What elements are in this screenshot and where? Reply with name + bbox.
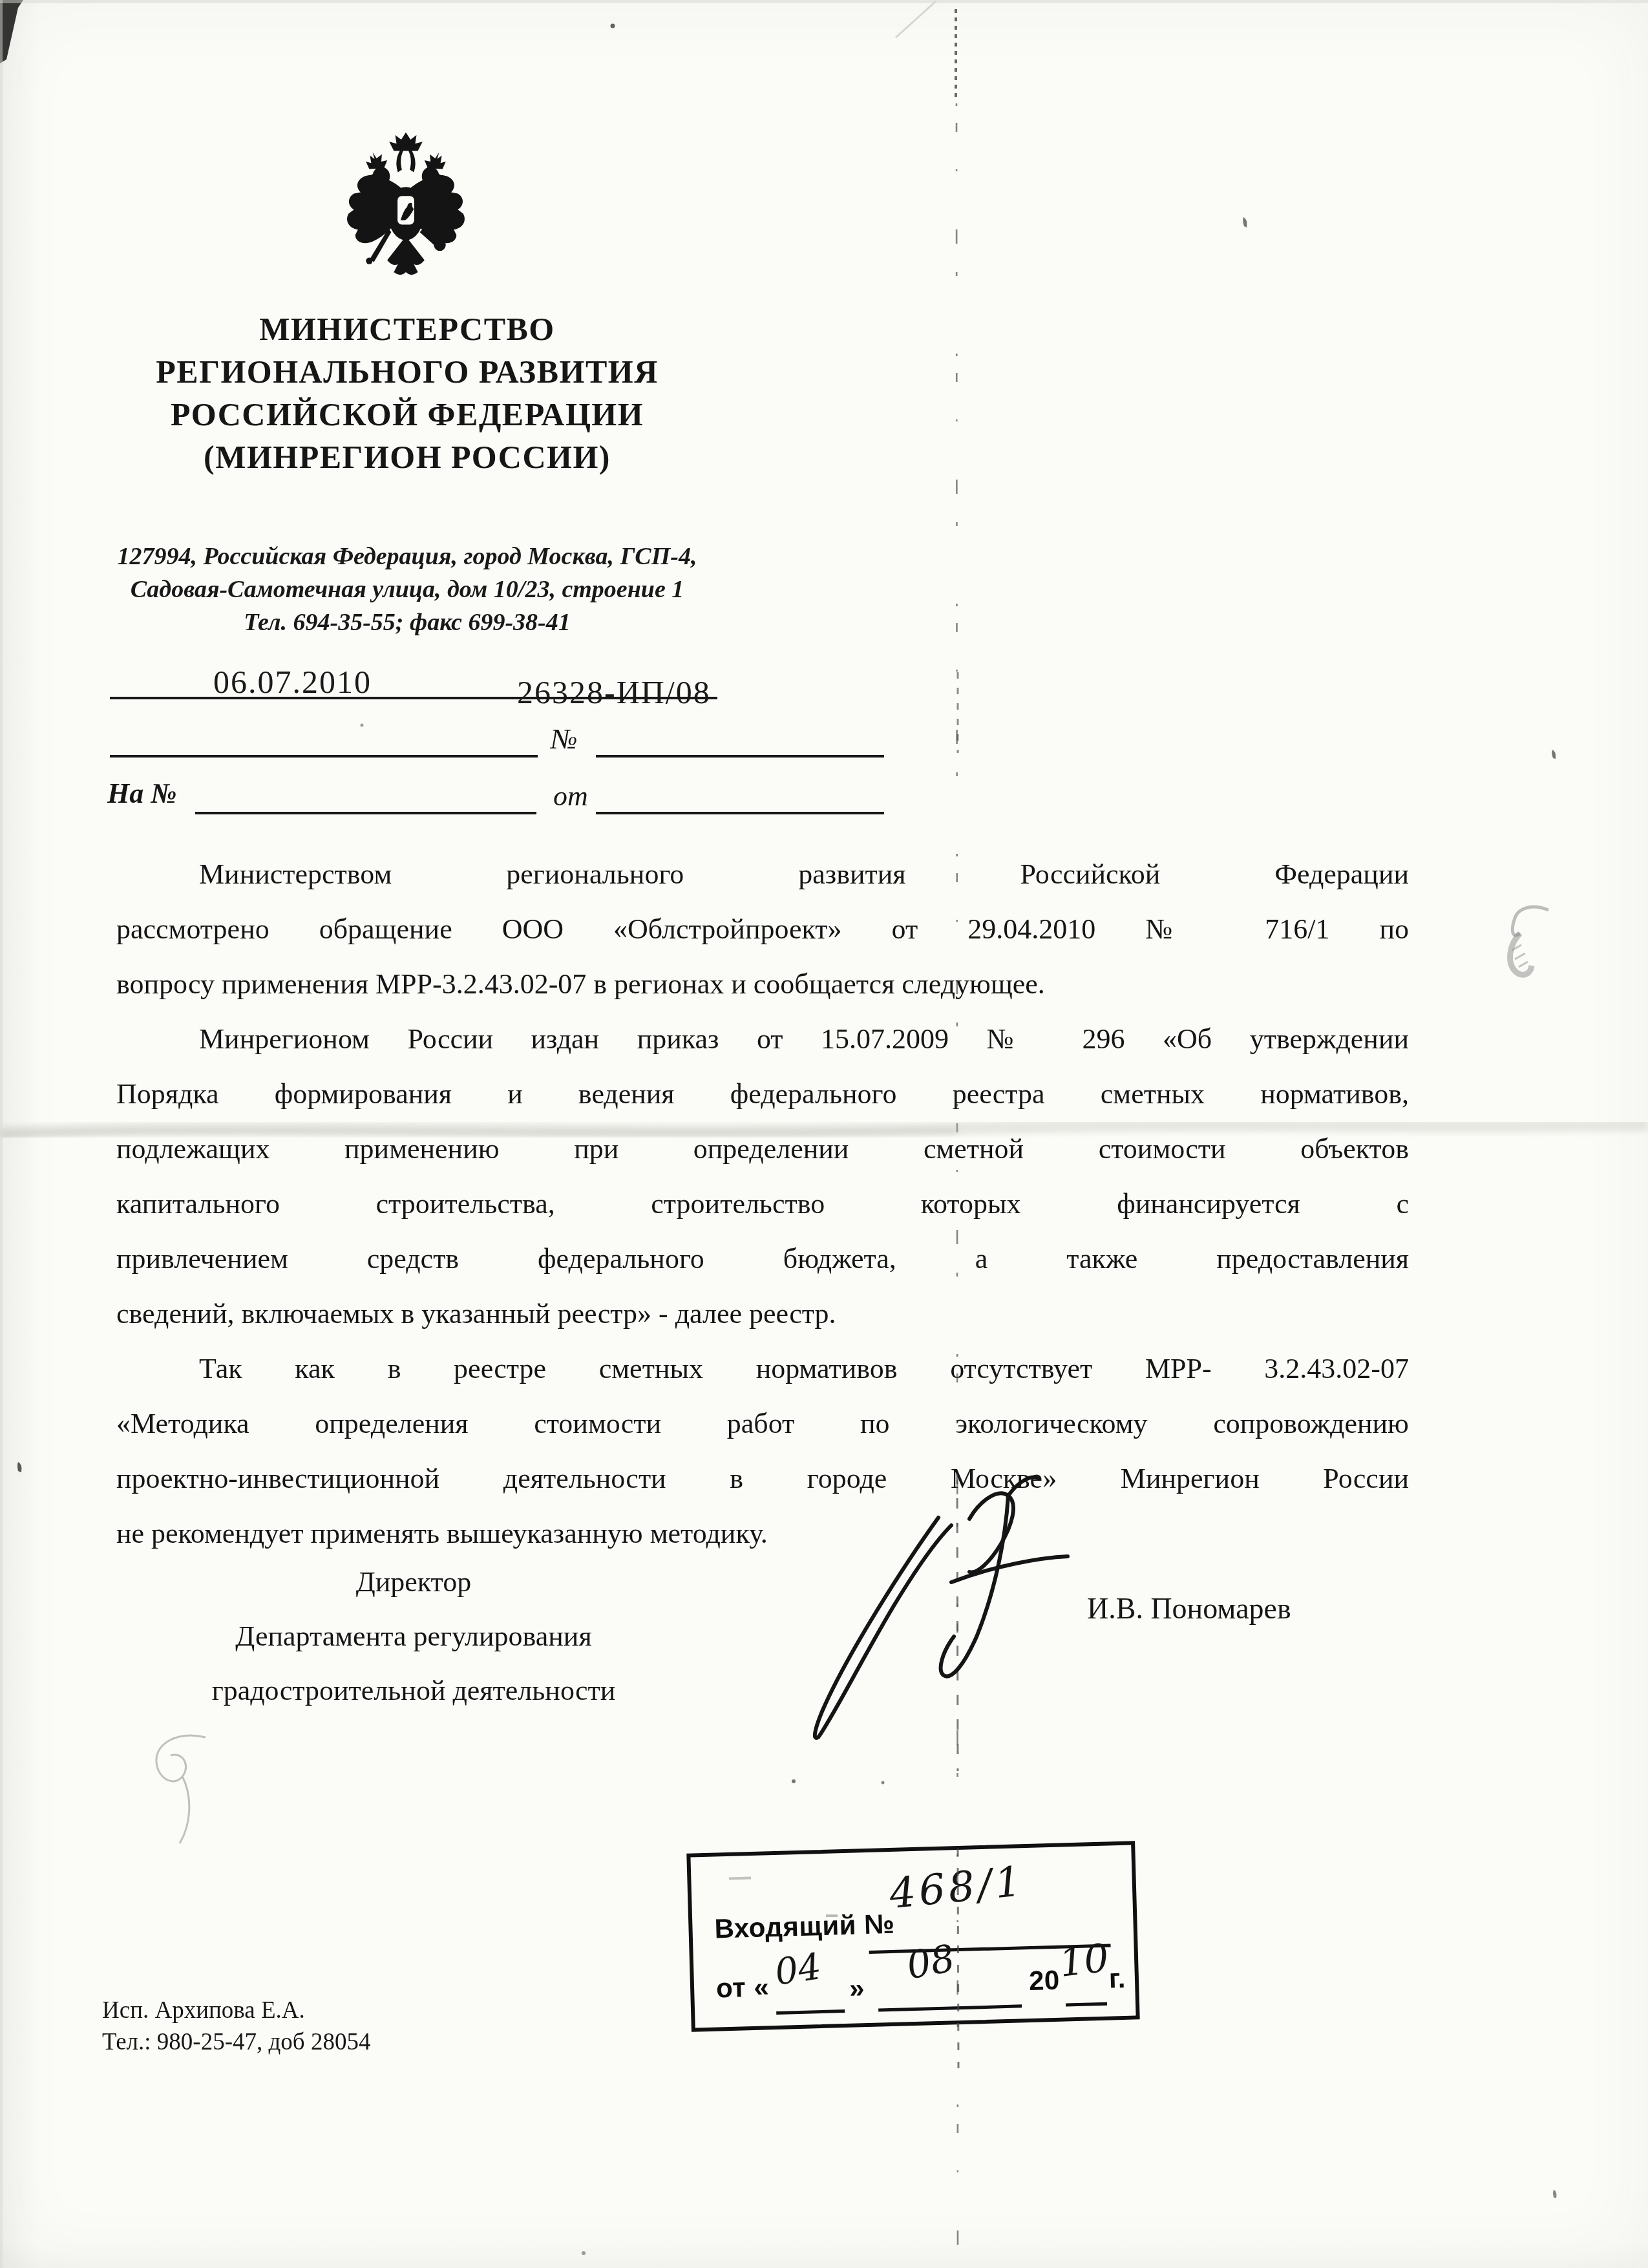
stamp-day-rule <box>776 2009 845 2015</box>
hair-artifact <box>156 1735 206 1843</box>
letter-date: 06.07.2010 <box>213 663 372 701</box>
stamp-year-handwritten: 10 <box>1057 1935 1111 1986</box>
ministry-address: 127994, Российская Федерация, город Моск… <box>71 540 743 639</box>
body-line: «Методика определения стоимости работ по… <box>116 1396 1409 1451</box>
signatory-title-line-1: Директор <box>90 1555 737 1609</box>
stamp-year-rule <box>1066 2002 1107 2007</box>
ministry-name-line-3: РОССИЙСКОЙ ФЕДЕРАЦИИ <box>84 393 730 436</box>
date-number-rule <box>110 697 717 699</box>
stamp-month-handwritten: 08 <box>903 1936 958 1987</box>
letter-number: 26328-ИП/08 <box>517 673 711 711</box>
body-line: Так как в реестре сметных нормативов отс… <box>116 1341 1409 1396</box>
body-line: рассмотрено обращение ООО «Облстройпроек… <box>116 902 1409 957</box>
signatory-name: И.В. Пономарев <box>1087 1591 1291 1626</box>
reply-to-label: На № <box>107 777 177 810</box>
ministry-name-line-4: (МИНРЕГИОН РОССИИ) <box>84 436 730 478</box>
signatory-title: Директор Департамента регулирования град… <box>90 1555 737 1718</box>
address-line-3: Тел. 694-35-55; факс 699-38-41 <box>71 606 743 639</box>
blank-rule-left <box>110 755 538 758</box>
body-line: капитального строительства, строительств… <box>116 1176 1409 1231</box>
body-line: вопросу применения МРР-3.2.43.02-07 в ре… <box>116 957 1409 1012</box>
letter-body: Министерством регионального развития Рос… <box>116 847 1409 1561</box>
body-line: привлечением средств федерального бюджет… <box>116 1231 1409 1286</box>
ministry-letterhead: МИНИСТЕРСТВО РЕГИОНАЛЬНОГО РАЗВИТИЯ РОСС… <box>84 308 730 478</box>
stamp-year-suffix-label: г. <box>1108 1963 1126 1995</box>
stamp-quote-close: » <box>849 1973 865 2004</box>
body-line: подлежащих применению при определении см… <box>116 1121 1409 1176</box>
body-line: сведений, включаемых в указанный реестр»… <box>116 1286 1409 1341</box>
incoming-stamp-box: Входящий № 468/1 от « » 20 г. 04 08 10 <box>686 1841 1139 2031</box>
reply-from-label: от <box>553 779 588 812</box>
coat-of-arms-icon <box>339 128 472 281</box>
body-line: Министерством регионального развития Рос… <box>116 847 1409 902</box>
ministry-name-line-1: МИНИСТЕРСТВО <box>84 308 730 350</box>
pencil-smudge-artifact <box>1510 907 1548 975</box>
body-line: не рекомендует применять вышеуказанную м… <box>116 1506 1409 1561</box>
stamp-incoming-label: Входящий № <box>714 1909 895 1945</box>
scanned-official-letter: МИНИСТЕРСТВО РЕГИОНАЛЬНОГО РАЗВИТИЯ РОСС… <box>0 0 1648 2268</box>
signatory-title-line-3: градостроительной деятельности <box>90 1664 737 1718</box>
signatory-title-line-2: Департамента регулирования <box>90 1609 737 1664</box>
blank-rule-right <box>596 755 884 758</box>
ministry-name-line-2: РЕГИОНАЛЬНОГО РАЗВИТИЯ <box>84 350 730 393</box>
executor-phone: Тел.: 980-25-47, доб 28054 <box>102 2026 370 2058</box>
stamp-incoming-number-handwritten: 468/1 <box>887 1858 1027 1918</box>
address-line-2: Садовая-Самотечная улица, дом 10/23, стр… <box>71 573 743 606</box>
address-line-1: 127994, Российская Федерация, город Моск… <box>71 540 743 573</box>
stamp-month-rule <box>878 2004 1022 2011</box>
executor-block: Исп. Архипова Е.А. Тел.: 980-25-47, доб … <box>102 1995 370 2058</box>
executor-name: Исп. Архипова Е.А. <box>102 1995 370 2026</box>
reply-date-rule <box>596 812 884 814</box>
stamp-century-label: 20 <box>1028 1965 1060 1997</box>
body-line: Порядка формирования и ведения федеральн… <box>116 1066 1409 1121</box>
stamp-day-handwritten: 04 <box>772 1945 824 1994</box>
body-line: Минрегионом России издан приказ от 15.07… <box>116 1012 1409 1066</box>
body-line: проектно-инвестиционной деятельности в г… <box>116 1451 1409 1506</box>
stamp-from-label: от « <box>715 1971 770 2004</box>
reply-number-rule <box>195 812 536 814</box>
number-symbol-label: № <box>551 723 578 756</box>
